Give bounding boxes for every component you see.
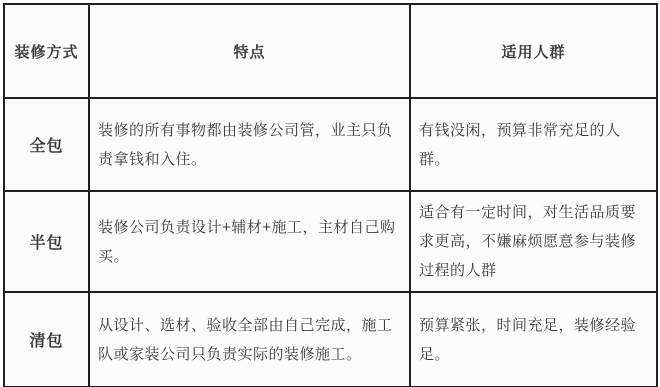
table-row: 半包 装修公司负责设计+辅材+施工，主材自己购买。 适合有一定时间，对生活品质要… bbox=[4, 191, 657, 292]
page: 装修方式 特点 适用人群 全包 装修的所有事物都由装修公司管，业主只负责拿钱和入… bbox=[0, 0, 660, 387]
header-feature: 特点 bbox=[89, 4, 410, 98]
method-cell-labor-only-package: 清包 bbox=[4, 292, 89, 387]
feature-cell-full-package: 装修的所有事物都由装修公司管，业主只负责拿钱和入住。 bbox=[89, 98, 410, 191]
renovation-comparison-table: 装修方式 特点 适用人群 全包 装修的所有事物都由装修公司管，业主只负责拿钱和入… bbox=[3, 3, 658, 387]
feature-cell-labor-only-package: 从设计、选材、验收全部由自己完成，施工队或家装公司只负责实际的装修施工。 bbox=[89, 292, 410, 387]
table-row: 全包 装修的所有事物都由装修公司管，业主只负责拿钱和入住。 有钱没闲，预算非常充… bbox=[4, 98, 657, 191]
header-audience: 适用人群 bbox=[410, 4, 657, 98]
feature-cell-half-package: 装修公司负责设计+辅材+施工，主材自己购买。 bbox=[89, 191, 410, 292]
method-cell-half-package: 半包 bbox=[4, 191, 89, 292]
audience-cell-full-package: 有钱没闲，预算非常充足的人群。 bbox=[410, 98, 657, 191]
table-row: 清包 从设计、选材、验收全部由自己完成，施工队或家装公司只负责实际的装修施工。 … bbox=[4, 292, 657, 387]
method-cell-full-package: 全包 bbox=[4, 98, 89, 191]
audience-cell-labor-only-package: 预算紧张，时间充足，装修经验足。 bbox=[410, 292, 657, 387]
table-header-row: 装修方式 特点 适用人群 bbox=[4, 4, 657, 98]
header-method: 装修方式 bbox=[4, 4, 89, 98]
audience-cell-half-package: 适合有一定时间，对生活品质要求更高，不嫌麻烦愿意参与装修过程的人群 bbox=[410, 191, 657, 292]
